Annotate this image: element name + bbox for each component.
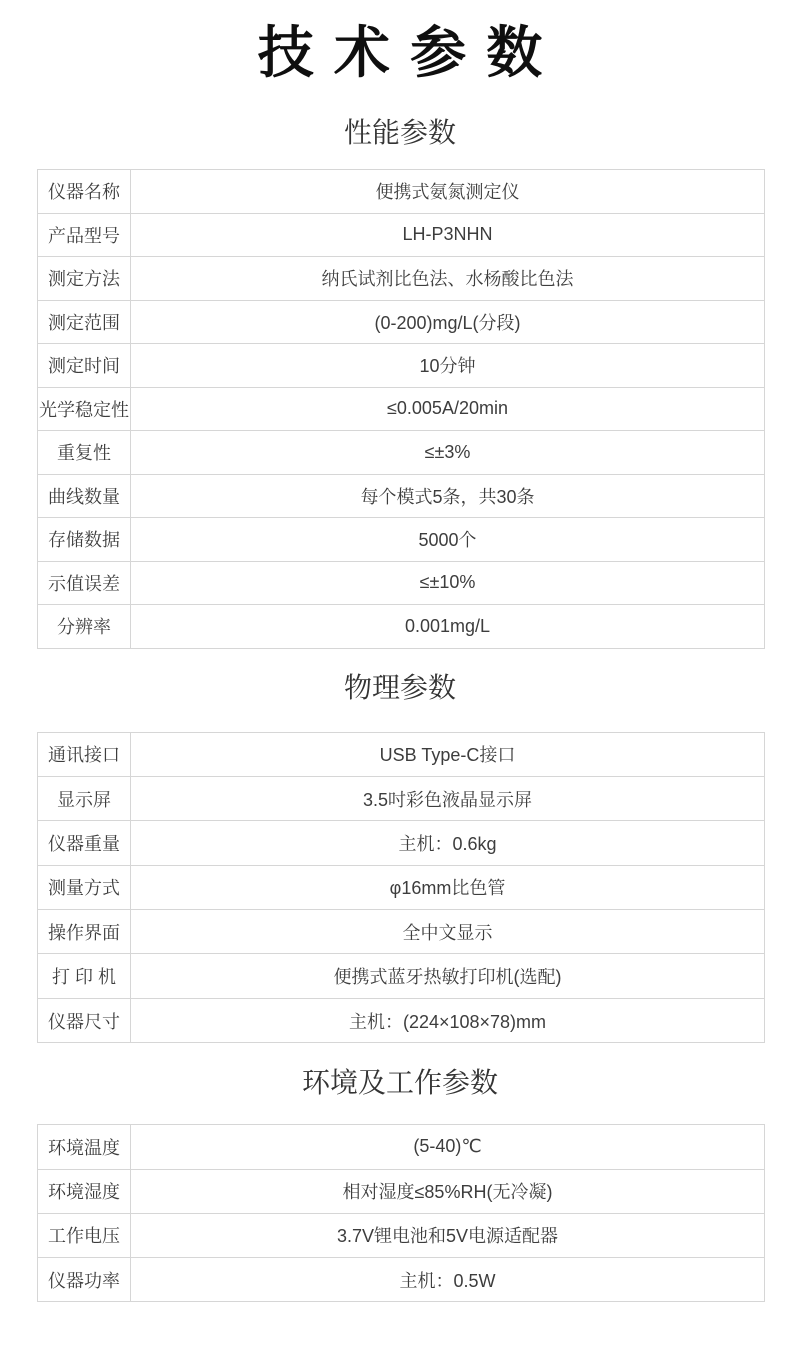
table-row: 示值误差 ≤±10% [38, 561, 765, 605]
spec-label: 存储数据 [38, 518, 131, 562]
spec-value: 相对湿度≤85%RH(无冷凝) [131, 1169, 765, 1213]
spec-value: 0.001mg/L [131, 605, 765, 649]
table-row: 测定时间 10分钟 [38, 344, 765, 388]
spec-label: 分辨率 [38, 605, 131, 649]
spec-value: 5000个 [131, 518, 765, 562]
spec-value: 主机：(224×108×78)mm [131, 998, 765, 1042]
table-row: 显示屏 3.5吋彩色液晶显示屏 [38, 776, 765, 820]
spec-label: 环境温度 [38, 1125, 131, 1169]
environment-table: 环境温度 (5-40)℃ 环境湿度 相对湿度≤85%RH(无冷凝) 工作电压 3… [37, 1124, 765, 1302]
spec-label: 示值误差 [38, 561, 131, 605]
spec-value: 纳氏试剂比色法、水杨酸比色法 [131, 257, 765, 301]
spec-value: ≤±10% [131, 561, 765, 605]
table-row: 操作界面 全中文显示 [38, 910, 765, 954]
spec-label: 仪器名称 [38, 170, 131, 214]
table-row: 产品型号 LH-P3NHN [38, 213, 765, 257]
spec-value: 便携式氨氮测定仪 [131, 170, 765, 214]
section-heading-environment: 环境及工作参数 [0, 1065, 800, 1101]
table-row: 仪器名称 便携式氨氮测定仪 [38, 170, 765, 214]
spec-label: 光学稳定性 [38, 387, 131, 431]
table-row: 重复性 ≤±3% [38, 431, 765, 475]
spec-label: 通讯接口 [38, 732, 131, 776]
spec-value: φ16mm比色管 [131, 865, 765, 909]
spec-label: 测定范围 [38, 300, 131, 344]
spec-label: 仪器功率 [38, 1258, 131, 1302]
spec-value: USB Type-C接口 [131, 732, 765, 776]
table-row: 工作电压 3.7V锂电池和5V电源适配器 [38, 1213, 765, 1257]
section-heading-performance: 性能参数 [0, 115, 800, 151]
spec-value: (5-40)℃ [131, 1125, 765, 1169]
table-row: 通讯接口 USB Type-C接口 [38, 732, 765, 776]
spec-value: 全中文显示 [131, 910, 765, 954]
spec-value: 3.7V锂电池和5V电源适配器 [131, 1213, 765, 1257]
table-row: 打 印 机 便携式蓝牙热敏打印机(选配) [38, 954, 765, 998]
spec-value: 10分钟 [131, 344, 765, 388]
table-row: 仪器功率 主机：0.5W [38, 1258, 765, 1302]
spec-label: 环境湿度 [38, 1169, 131, 1213]
spec-value: 便携式蓝牙热敏打印机(选配) [131, 954, 765, 998]
spec-value: ≤±3% [131, 431, 765, 475]
table-row: 存储数据 5000个 [38, 518, 765, 562]
spec-label: 仪器尺寸 [38, 998, 131, 1042]
spec-value: (0-200)mg/L(分段) [131, 300, 765, 344]
spec-value: 每个模式5条，共30条 [131, 474, 765, 518]
table-row: 光学稳定性 ≤0.005A/20min [38, 387, 765, 431]
spec-sheet-page: 技术参数 性能参数 仪器名称 便携式氨氮测定仪 产品型号 LH-P3NHN 测定… [0, 18, 800, 1358]
table-row: 仪器重量 主机：0.6kg [38, 821, 765, 865]
spec-label: 仪器重量 [38, 821, 131, 865]
table-row: 测定方法 纳氏试剂比色法、水杨酸比色法 [38, 257, 765, 301]
spec-label: 工作电压 [38, 1213, 131, 1257]
spec-label: 打 印 机 [38, 954, 131, 998]
table-row: 曲线数量 每个模式5条，共30条 [38, 474, 765, 518]
section-heading-physical: 物理参数 [0, 670, 800, 706]
spec-value: 主机：0.5W [131, 1258, 765, 1302]
table-row: 测量方式 φ16mm比色管 [38, 865, 765, 909]
spec-label: 操作界面 [38, 910, 131, 954]
spec-value: 3.5吋彩色液晶显示屏 [131, 776, 765, 820]
spec-label: 曲线数量 [38, 474, 131, 518]
spec-label: 重复性 [38, 431, 131, 475]
spec-label: 显示屏 [38, 776, 131, 820]
performance-table: 仪器名称 便携式氨氮测定仪 产品型号 LH-P3NHN 测定方法 纳氏试剂比色法… [37, 169, 765, 649]
spec-value: ≤0.005A/20min [131, 387, 765, 431]
table-row: 分辨率 0.001mg/L [38, 605, 765, 649]
table-row: 环境湿度 相对湿度≤85%RH(无冷凝) [38, 1169, 765, 1213]
spec-label: 测量方式 [38, 865, 131, 909]
physical-table: 通讯接口 USB Type-C接口 显示屏 3.5吋彩色液晶显示屏 仪器重量 主… [37, 732, 765, 1044]
table-row: 测定范围 (0-200)mg/L(分段) [38, 300, 765, 344]
table-row: 仪器尺寸 主机：(224×108×78)mm [38, 998, 765, 1042]
spec-label: 产品型号 [38, 213, 131, 257]
spec-label: 测定方法 [38, 257, 131, 301]
spec-label: 测定时间 [38, 344, 131, 388]
page-title: 技术参数 [0, 18, 800, 88]
spec-value: LH-P3NHN [131, 213, 765, 257]
spec-value: 主机：0.6kg [131, 821, 765, 865]
table-row: 环境温度 (5-40)℃ [38, 1125, 765, 1169]
